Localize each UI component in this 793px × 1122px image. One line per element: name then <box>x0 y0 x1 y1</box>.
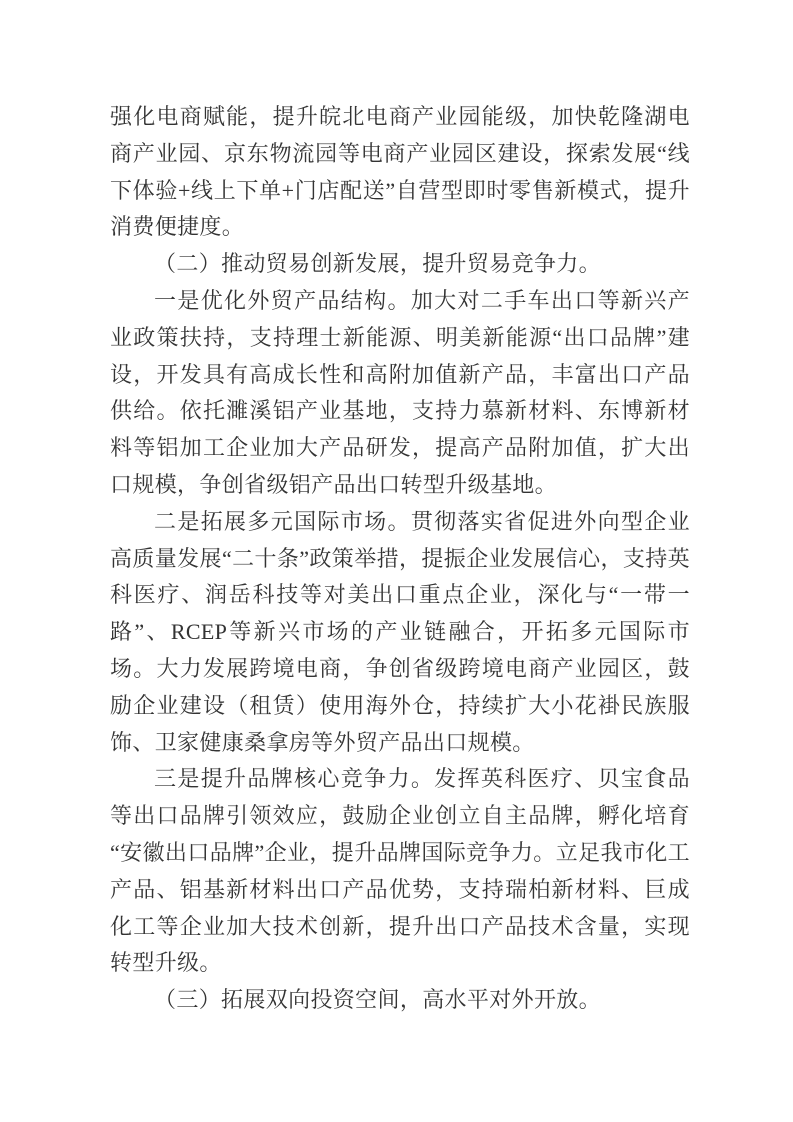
section-heading-trade-innovation: （二）推动贸易创新发展，提升贸易竞争力。 <box>110 246 690 283</box>
page-text-block: 强化电商赋能，提升皖北电商产业园能级，加快乾隆湖电商产业园、京东物流园等电商产业… <box>110 99 690 1019</box>
section-heading-two-way-investment: （三）拓展双向投资空间，高水平对外开放。 <box>110 982 690 1019</box>
document-page: 强化电商赋能，提升皖北电商产业园能级，加快乾隆湖电商产业园、京东物流园等电商产业… <box>0 0 793 1122</box>
paragraph-ecommerce-continued: 强化电商赋能，提升皖北电商产业园能级，加快乾隆湖电商产业园、京东物流园等电商产业… <box>110 99 690 246</box>
paragraph-point2-international-markets: 二是拓展多元国际市场。贯彻落实省促进外向型企业高质量发展“二十条”政策举措，提振… <box>110 504 690 762</box>
paragraph-point1-export-product-structure: 一是优化外贸产品结构。加大对二手车出口等新兴产业政策扶持，支持理士新能源、明美新… <box>110 283 690 504</box>
paragraph-point3-brand-competitiveness: 三是提升品牌核心竞争力。发挥英科医疗、贝宝食品等出口品牌引领效应，鼓励企业创立自… <box>110 761 690 982</box>
